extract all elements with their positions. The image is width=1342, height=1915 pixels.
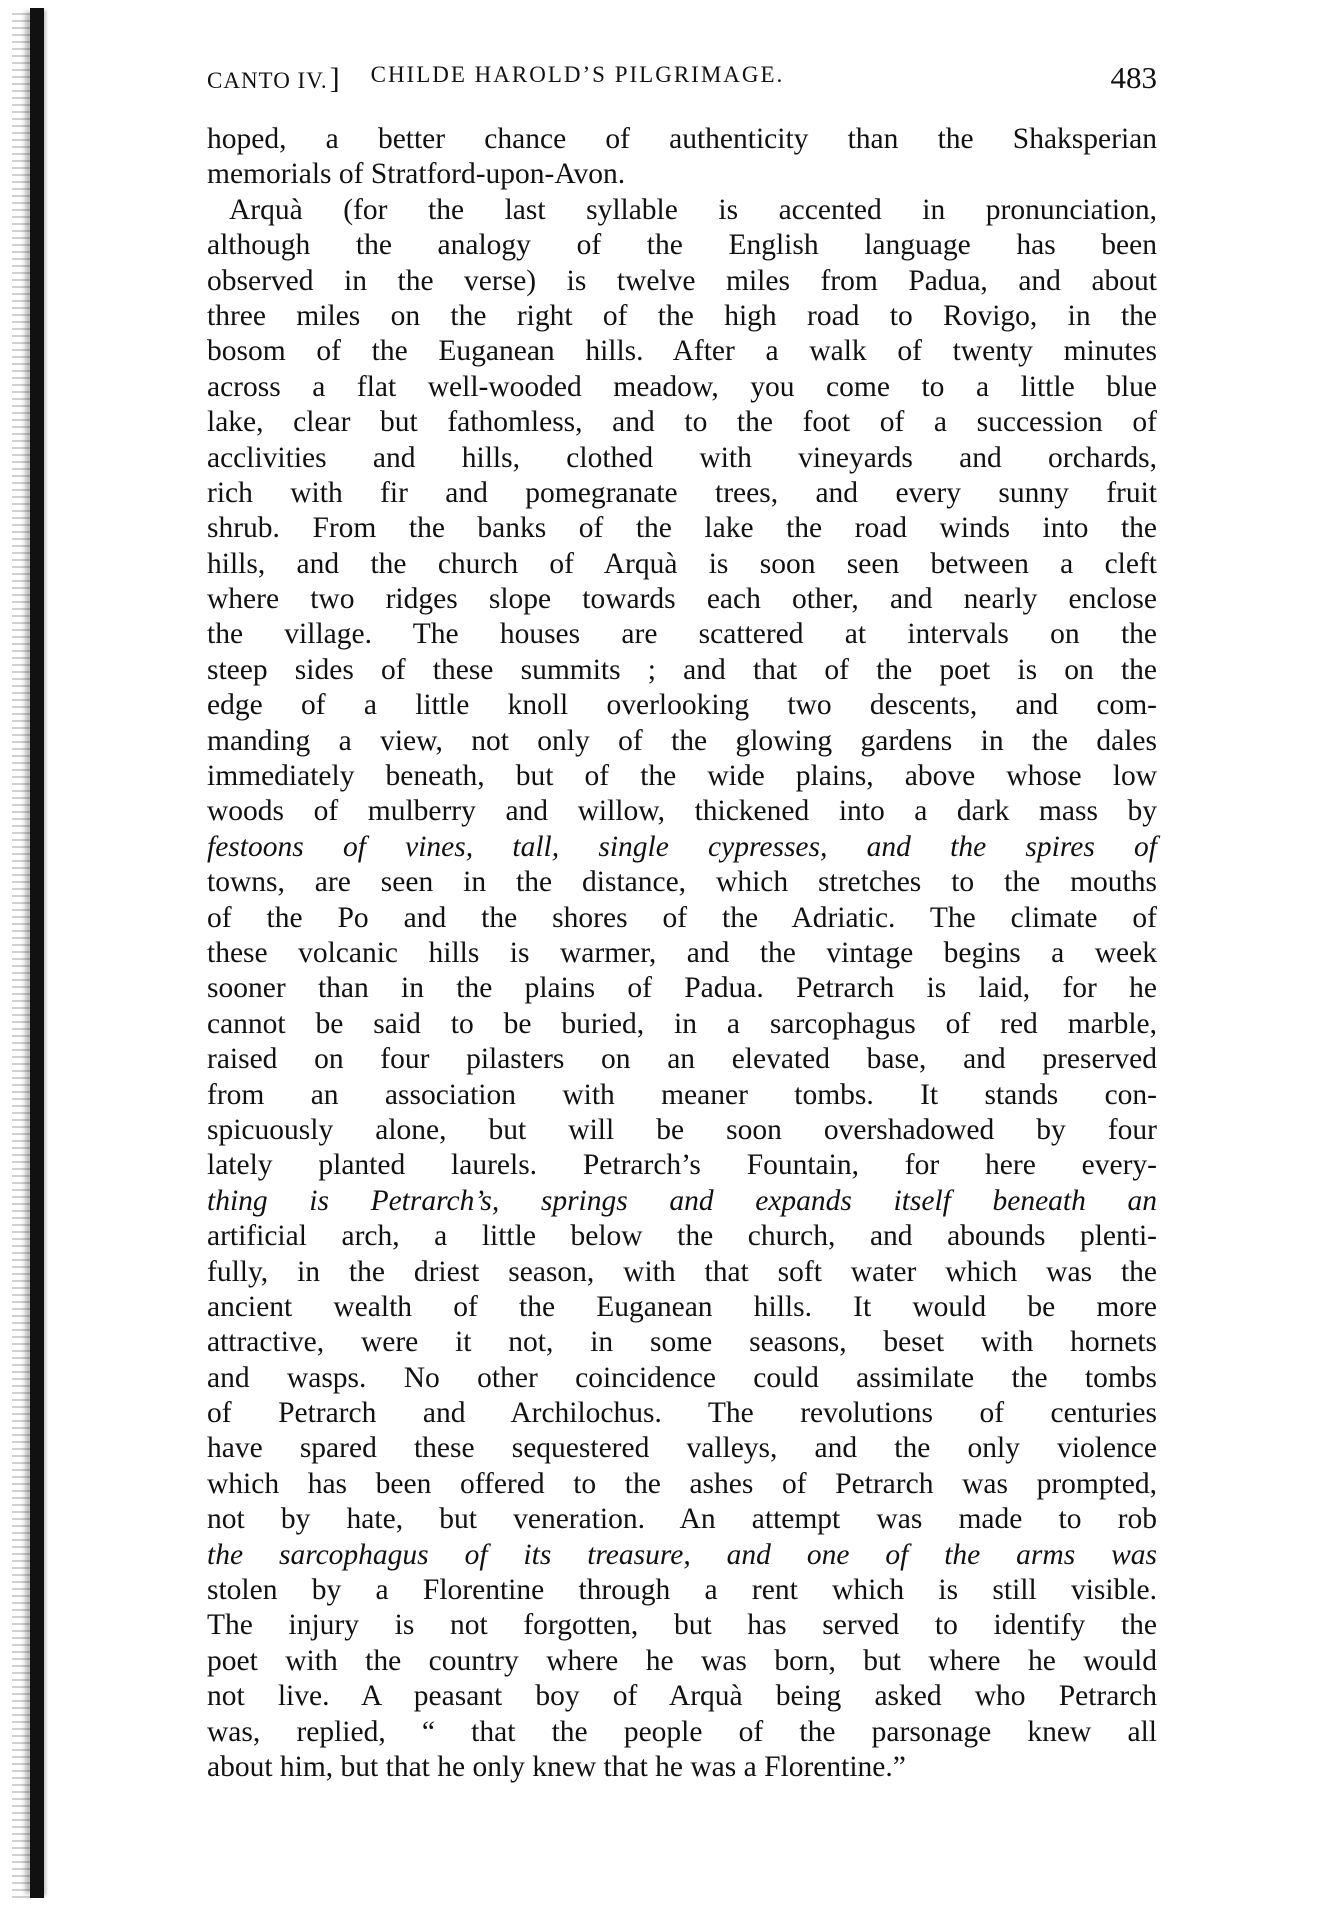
canto-label: CANTO IV. [207,62,341,96]
text-line: lake, clear but fathomless, and to the f… [207,405,1157,440]
running-head: CANTO IV. CHILDE HAROLD’S PILGRIMAGE. 48… [207,60,1157,116]
binding-shadow [12,8,32,1898]
text-line: stolen by a Florentine through a rent wh… [207,1573,1157,1608]
text-line: fully, in the driest season, with that s… [207,1255,1157,1290]
text-line: of the Po and the shores of the Adriatic… [207,901,1157,936]
text-line: manding a view, not only of the glowing … [207,724,1157,759]
text-line: steep sides of these summits ; and that … [207,653,1157,688]
text-line: immediately beneath, but of the wide pla… [207,759,1157,794]
text-line: three miles on the right of the high roa… [207,299,1157,334]
paragraph-start-line: Arquà (for the last syllable is accented… [207,193,1157,228]
text-line: not by hate, but veneration. An attempt … [207,1502,1157,1537]
text-line: which has been offered to the ashes of P… [207,1467,1157,1502]
text-line: across a flat well-wooded meadow, you co… [207,370,1157,405]
book-binding-edge [30,8,44,1898]
text-line: raised on four pilasters on an elevated … [207,1042,1157,1077]
book-title: CHILDE HAROLD’S PILGRIMAGE. [371,62,785,96]
text-line: sooner than in the plains of Padua. Petr… [207,971,1157,1006]
running-head-left: CANTO IV. CHILDE HAROLD’S PILGRIMAGE. [207,62,784,96]
text-line: hoped, a better chance of authenticity t… [207,122,1157,157]
text-line: ancient wealth of the Euganean hills. It… [207,1290,1157,1325]
text-line: of Petrarch and Archilochus. The revolut… [207,1396,1157,1431]
text-line: poet with the country where he was born,… [207,1644,1157,1679]
text-line: and wasps. No other coincidence could as… [207,1361,1157,1396]
italic-text-line: thing is Petrarch’s, springs and expands… [207,1184,1157,1219]
text-line: although the analogy of the English lang… [207,228,1157,263]
page-number: 483 [1111,60,1158,96]
text-line: woods of mulberry and willow, thickened … [207,794,1157,829]
text-line: acclivities and hills, clothed with vine… [207,441,1157,476]
text-line: rich with fir and pomegranate trees, and… [207,476,1157,511]
text-line: artificial arch, a little below the chur… [207,1219,1157,1254]
text-line: cannot be said to be buried, in a sarcop… [207,1007,1157,1042]
body-text: hoped, a better chance of authenticity t… [207,122,1157,1785]
text-line: from an association with meaner tombs. I… [207,1078,1157,1113]
italic-text-line: festoons of vines, tall, single cypresse… [207,830,1157,865]
text-line: was, replied, “ that the people of the p… [207,1715,1157,1750]
text-line: lately planted laurels. Petrarch’s Fount… [207,1148,1157,1183]
text-line: the village. The houses are scattered at… [207,617,1157,652]
italic-text-line: the sarcophagus of its treasure, and one… [207,1538,1157,1573]
text-line: The injury is not forgotten, but has ser… [207,1608,1157,1643]
text-line: shrub. From the banks of the lake the ro… [207,511,1157,546]
text-line: spicuously alone, but will be soon overs… [207,1113,1157,1148]
text-line: where two ridges slope towards each othe… [207,582,1157,617]
text-line: edge of a little knoll overlooking two d… [207,688,1157,723]
text-line: these volcanic hills is warmer, and the … [207,936,1157,971]
text-line: hills, and the church of Arquà is soon s… [207,547,1157,582]
text-line: observed in the verse) is twelve miles f… [207,264,1157,299]
book-page: CANTO IV. CHILDE HAROLD’S PILGRIMAGE. 48… [207,60,1157,1785]
text-line: have spared these sequestered valleys, a… [207,1431,1157,1466]
text-line: bosom of the Euganean hills. After a wal… [207,334,1157,369]
text-line: not live. A peasant boy of Arquà being a… [207,1679,1157,1714]
text-line: about him, but that he only knew that he… [207,1750,1157,1785]
text-line: towns, are seen in the distance, which s… [207,865,1157,900]
text-line: memorials of Stratford-upon-Avon. [207,157,1157,192]
text-line: attractive, were it not, in some seasons… [207,1325,1157,1360]
